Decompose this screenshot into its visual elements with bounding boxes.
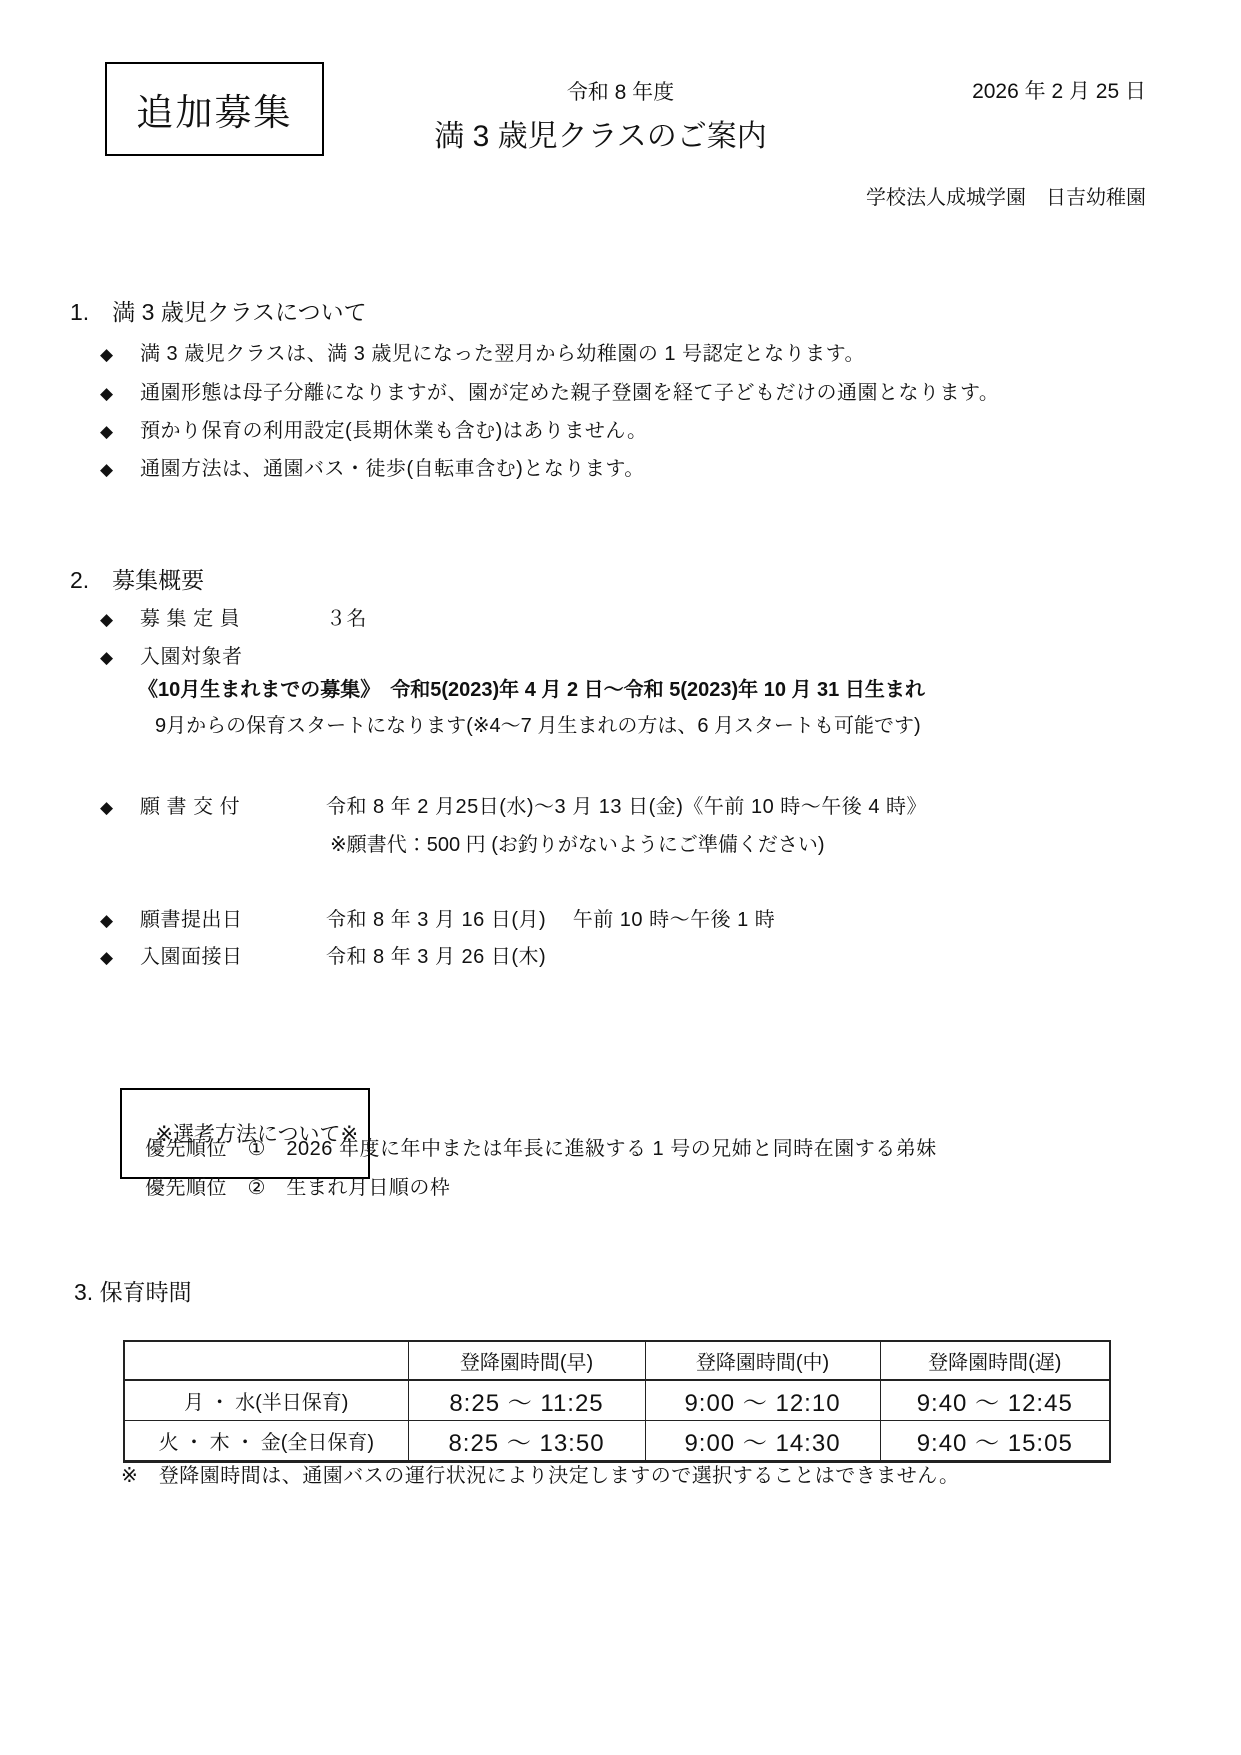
document-title: 満 3 歳児クラスのご案内 — [0, 118, 1201, 156]
diamond-bullet-icon: ◆ — [100, 457, 140, 480]
interview-label: 入園面接日 — [140, 945, 326, 970]
time-cell: 9:00 ～ 14:30 — [645, 1421, 880, 1462]
issue-date: 2026 年 2 月 25 日 — [972, 79, 1146, 105]
table-header-cell — [124, 1341, 408, 1380]
bullet-text: 預かり保育の利用設定(長期休業も含む)はありません。 — [140, 419, 648, 444]
time-cell: 9:00 ～ 12:10 — [645, 1380, 880, 1421]
table-row: 火 ・ 木 ・ 金(全日保育) 8:25 ～ 13:50 9:00 ～ 14:3… — [124, 1421, 1110, 1462]
day-cell: 月 ・ 水(半日保育) — [124, 1380, 408, 1421]
interview-row: ◆ 入園面接日 令和 8 年 3 月 26 日(木) — [100, 945, 546, 970]
time-cell: 8:25 ～ 13:50 — [408, 1421, 645, 1462]
time-cell: 9:40 ～ 12:45 — [880, 1380, 1110, 1421]
time-cell: 8:25 ～ 11:25 — [408, 1380, 645, 1421]
list-item: ◆ 預かり保育の利用設定(長期休業も含む)はありません。 — [100, 419, 648, 444]
list-item: ◆ 満 3 歳児クラスは、満 3 歳児になった翌月から幼稚園の 1 号認定となり… — [100, 342, 865, 367]
bus-schedule-note: ※ 登降園時間は、通園バスの運行状況により決定しますので選択することはできません… — [121, 1464, 959, 1489]
application-fee-note: ※願書代：500 円 (お釣りがないようにご準備ください) — [330, 833, 825, 858]
capacity-row: ◆ 募 集 定 員 ３名 — [100, 607, 367, 632]
childcare-hours-table: 登降園時間(早) 登降園時間(中) 登降園時間(遅) 月 ・ 水(半日保育) 8… — [123, 1340, 1111, 1463]
bullet-text: 満 3 歳児クラスは、満 3 歳児になった翌月から幼稚園の 1 号認定となります… — [140, 342, 865, 367]
table-header-row: 登降園時間(早) 登降園時間(中) 登降園時間(遅) — [124, 1341, 1110, 1380]
document-page: 追加募集 令和 8 年度 2026 年 2 月 25 日 満 3 歳児クラスのご… — [0, 0, 1241, 1755]
list-item: ◆ 通園形態は母子分離になりますが、園が定めた親子登園を経て子どもだけの通園とな… — [100, 381, 999, 406]
table-header-cell: 登降園時間(遅) — [880, 1341, 1110, 1380]
submission-value: 令和 8 年 3 月 16 日(月) 午前 10 時～午後 1 時 — [326, 908, 775, 933]
table-header-cell: 登降園時間(中) — [645, 1341, 880, 1380]
diamond-bullet-icon: ◆ — [100, 607, 140, 630]
diamond-bullet-icon: ◆ — [100, 419, 140, 442]
section3-heading: 3. 保育時間 — [74, 1278, 192, 1307]
day-cell: 火 ・ 木 ・ 金(全日保育) — [124, 1421, 408, 1462]
capacity-label: 募 集 定 員 — [140, 607, 326, 632]
selection-method-heading-box: ※選考方法について※ — [120, 1088, 370, 1179]
target-label: 入園対象者 — [140, 645, 243, 670]
capacity-value: ３名 — [326, 607, 367, 632]
target-start-note: 9月からの保育スタートになります(※4～7 月生まれの方は、6 月スタートも可能… — [155, 714, 921, 739]
diamond-bullet-icon: ◆ — [100, 342, 140, 365]
target-row: ◆ 入園対象者 — [100, 645, 243, 670]
submission-label: 願書提出日 — [140, 908, 326, 933]
diamond-bullet-icon: ◆ — [100, 381, 140, 404]
priority-1: 優先順位 ① 2026 年度に年中または年長に進級する 1 号の兄姉と同時在園す… — [145, 1137, 937, 1162]
diamond-bullet-icon: ◆ — [100, 908, 140, 931]
diamond-bullet-icon: ◆ — [100, 645, 140, 668]
application-distribution-row: ◆ 願 書 交 付 令和 8 年 2 月25日(水)～3 月 13 日(金)《午… — [100, 795, 927, 820]
time-cell: 9:40 ～ 15:05 — [880, 1421, 1110, 1462]
section2-heading: 2. 募集概要 — [70, 566, 204, 595]
section1-heading: 1. 満 3 歳児クラスについて — [70, 298, 367, 327]
diamond-bullet-icon: ◆ — [100, 795, 140, 818]
list-item: ◆ 通園方法は、通園バス・徒歩(自転車含む)となります。 — [100, 457, 645, 482]
target-eligibility-range: 《10月生まれまでの募集》 令和5(2023)年 4 月 2 日～令和 5(20… — [138, 678, 925, 703]
bullet-text: 通園形態は母子分離になりますが、園が定めた親子登園を経て子どもだけの通園となりま… — [140, 381, 999, 406]
table-row: 月 ・ 水(半日保育) 8:25 ～ 11:25 9:00 ～ 12:10 9:… — [124, 1380, 1110, 1421]
distribution-label: 願 書 交 付 — [140, 795, 326, 820]
organization-name: 学校法人成城学園 日吉幼稚園 — [866, 186, 1146, 211]
interview-value: 令和 8 年 3 月 26 日(木) — [326, 945, 546, 970]
application-submission-row: ◆ 願書提出日 令和 8 年 3 月 16 日(月) 午前 10 時～午後 1 … — [100, 908, 775, 933]
table-header-cell: 登降園時間(早) — [408, 1341, 645, 1380]
bullet-text: 通園方法は、通園バス・徒歩(自転車含む)となります。 — [140, 457, 645, 482]
priority-2: 優先順位 ② 生まれ月日順の枠 — [145, 1176, 450, 1201]
diamond-bullet-icon: ◆ — [100, 945, 140, 968]
distribution-value: 令和 8 年 2 月25日(水)～3 月 13 日(金)《午前 10 時～午後 … — [326, 795, 927, 820]
